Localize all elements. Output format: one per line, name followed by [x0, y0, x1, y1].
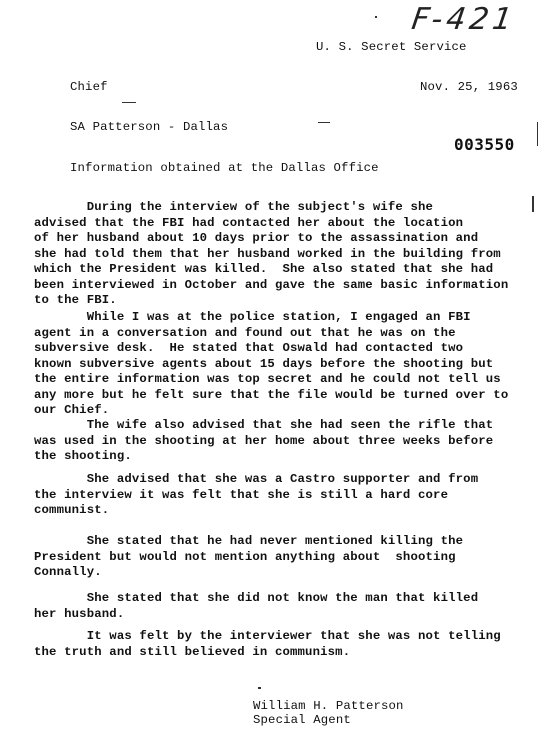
text-line: the shooting.: [34, 449, 544, 465]
scan-mark: [537, 122, 538, 146]
text-line: communist.: [34, 503, 544, 519]
text-line: to the FBI.: [34, 293, 544, 309]
signature-title: Special Agent: [253, 713, 351, 729]
text-line: advised that the FBI had contacted her a…: [34, 216, 544, 232]
paragraph-1: During the interview of the subject's wi…: [34, 200, 544, 309]
scan-mark: [375, 16, 377, 18]
text-line: which the President was killed. She also…: [34, 262, 544, 278]
paragraph-3: The wife also advised that she had seen …: [34, 418, 544, 465]
subject-line: Information obtained at the Dallas Offic…: [70, 161, 379, 177]
text-line: During the interview of the subject's wi…: [34, 200, 544, 216]
scan-mark: [532, 196, 534, 212]
text-line: agent in a conversation and found out th…: [34, 326, 544, 342]
text-line: subversive desk. He stated that Oswald h…: [34, 341, 544, 357]
text-line: President but would not mention anything…: [34, 550, 544, 566]
text-line: It was felt by the interviewer that she …: [34, 629, 544, 645]
paragraph-6: She stated that she did not know the man…: [34, 591, 544, 622]
scan-mark: [122, 102, 136, 103]
text-line: She stated that he had never mentioned k…: [34, 534, 544, 550]
text-line: the interview it was felt that she is st…: [34, 488, 544, 504]
text-line: The wife also advised that she had seen …: [34, 418, 544, 434]
text-line: While I was at the police station, I eng…: [34, 310, 544, 326]
paragraph-4: She advised that she was a Castro suppor…: [34, 472, 544, 519]
text-line: She advised that she was a Castro suppor…: [34, 472, 544, 488]
agency-header: U. S. Secret Service: [316, 40, 467, 56]
text-line: she had told them that her husband worke…: [34, 247, 544, 263]
text-line: been interviewed in October and gave the…: [34, 278, 544, 294]
text-line: She stated that she did not know the man…: [34, 591, 544, 607]
from-field: SA Patterson - Dallas: [70, 120, 228, 136]
text-line: our Chief.: [34, 403, 544, 419]
scan-mark: [258, 687, 261, 689]
text-line: her husband.: [34, 607, 544, 623]
text-line: known subversive agents about 15 days be…: [34, 357, 544, 373]
text-line: the truth and still believed in communis…: [34, 645, 544, 661]
paragraph-5: She stated that he had never mentioned k…: [34, 534, 544, 581]
to-field: Chief: [70, 80, 108, 96]
scan-mark: [318, 122, 330, 123]
text-line: any more but he felt sure that the file …: [34, 388, 544, 404]
serial-stamp: 003550: [454, 135, 515, 154]
paragraph-2: While I was at the police station, I eng…: [34, 310, 544, 419]
text-line: of her husband about 10 days prior to th…: [34, 231, 544, 247]
text-line: Connally.: [34, 565, 544, 581]
paragraph-7: It was felt by the interviewer that she …: [34, 629, 544, 660]
text-line: the entire information was top secret an…: [34, 372, 544, 388]
file-number-handwritten: F-421: [410, 2, 519, 37]
text-line: was used in the shooting at her home abo…: [34, 434, 544, 450]
date-field: Nov. 25, 1963: [420, 80, 518, 96]
